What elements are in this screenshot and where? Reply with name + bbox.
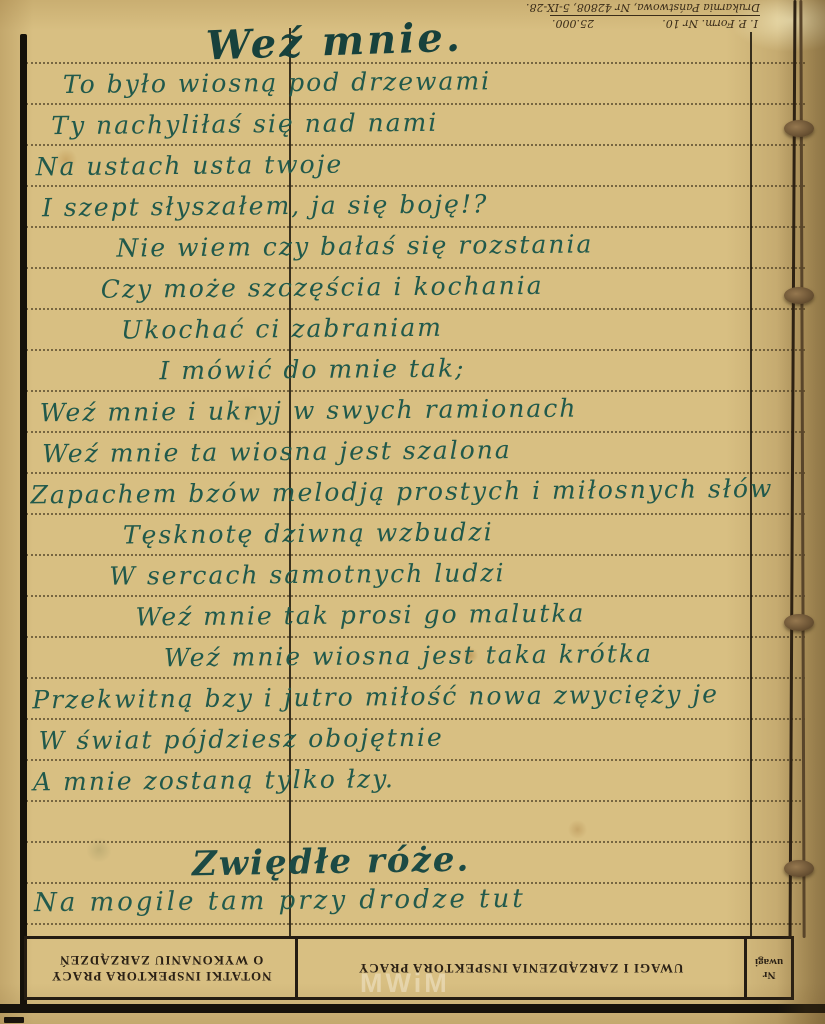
binding-knot (784, 860, 814, 877)
poem-line: A mnie zostaną tylko łzy. (33, 756, 803, 804)
poem-line: I mówić do mnie tak; (29, 346, 799, 394)
poem-line: W sercach samotnych ludzi (31, 551, 801, 599)
printer-imprint: Drukarnia Państwowa, Nr 42808, 5-IX-28. (550, 1, 760, 15)
poem-line: I szept słyszałem, ja się boję!? (28, 182, 798, 230)
watermark: MWiM (360, 968, 450, 999)
binding-knot (784, 614, 814, 631)
poem-line: Zapachem bzów melodją prostych i miłosny… (30, 469, 800, 517)
poem-line: Czy może szczęścia i kochania (29, 264, 799, 312)
bottom-left-mark (4, 1017, 24, 1023)
poem-line: Weź mnie i ukryj w swych ramionach (30, 387, 800, 435)
poem-line: W świat pójdziesz obojętnie (33, 715, 803, 763)
scanned-notebook-page: I. P. Form. Nr 10. 25.000. Drukarnia Pań… (0, 0, 825, 1024)
printed-form-header: I. P. Form. Nr 10. 25.000. Drukarnia Pań… (550, 1, 760, 30)
poem-body: To było wiosną pod drzewamiTy nachyliłaś… (27, 59, 803, 804)
footer-right-line1: Nr (763, 968, 776, 981)
poem-line: Przekwitną bzy i jutro miłość nowa zwyci… (32, 674, 802, 722)
poem-closing-line: Na mogile tam przy drodze tut (34, 884, 526, 918)
binding-knot (784, 120, 814, 137)
ruled-line (26, 882, 805, 884)
footer-left-line1: NOTATKI INSPEKTORA PRACY (51, 968, 271, 984)
poem-line: Ty nachyliłaś się nad nami (27, 100, 797, 148)
poem-line: Nie wiem czy bałaś się rozstania (28, 223, 798, 271)
poem-line: Ukochać ci zabraniam (29, 305, 799, 353)
poem-second-title: Zwiędłe róże. (192, 840, 471, 885)
poem-line: Weź mnie wiosna jest taka krótka (32, 633, 802, 681)
binding-knot (784, 287, 814, 304)
poem-line: To było wiosną pod drzewami (27, 59, 797, 107)
bottom-border-line (0, 1004, 825, 1013)
form-number: I. P. Form. Nr 10. (662, 17, 758, 30)
poem-line: Na ustach usta twoje (28, 141, 798, 189)
poem-line: Weź mnie tak prosi go malutka (31, 592, 801, 640)
poem-line: Tęsknotę dziwną wzbudzi (31, 510, 801, 558)
print-run: 25.000. (552, 17, 594, 30)
ruled-line (26, 923, 805, 925)
poem-line: Weź mnie ta wiosna jest szalona (30, 428, 800, 476)
form-header-row: I. P. Form. Nr 10. 25.000. (550, 15, 760, 30)
left-border-line (20, 34, 27, 1006)
footer-left-cell: NOTATKI INSPEKTORA PRACY O WYKONANIU ZAR… (27, 939, 295, 997)
footer-left-line2: O WYKONANIU ZARZĄDZEŃ (59, 952, 263, 968)
